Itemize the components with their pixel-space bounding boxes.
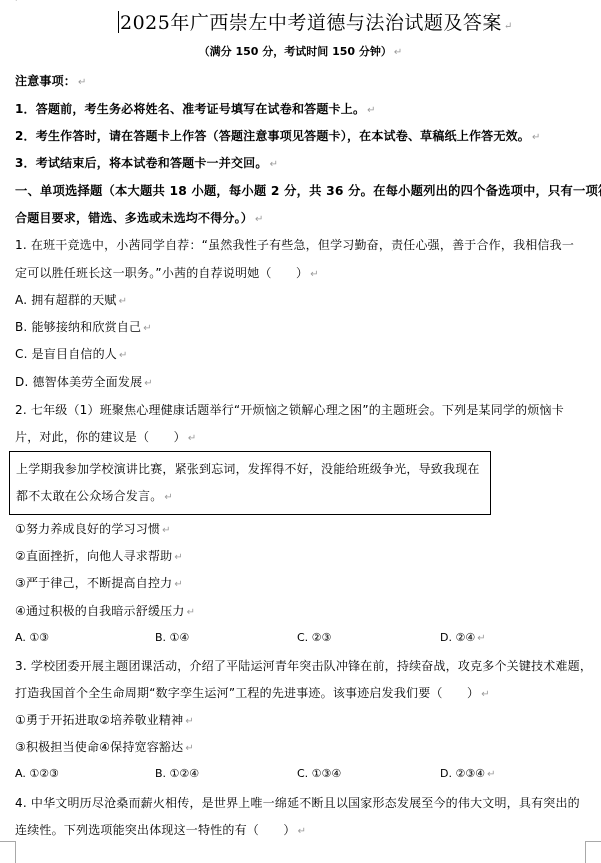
- question-3-option-d: D. ②③④↵: [440, 766, 495, 783]
- paragraph-mark-icon: ↵: [504, 21, 513, 32]
- question-stem-text: 片，对此，你的建议是（ ）: [15, 430, 186, 444]
- question-3-stem-line-2: 打造我国首个全生命周期“数字孪生运河”工程的先进事迹。该事迹启发我们要（ ）↵: [15, 685, 490, 703]
- document-subtitle: （满分 150 分，考试时间 150 分钟）↵: [0, 44, 601, 61]
- question-2-option-a: A. ①③: [15, 630, 49, 646]
- note-item-2: 2．考生作答时，请在答题卡上作答（答题注意事项见答题卡），在本试卷、草稿纸上作答…: [15, 128, 541, 146]
- question-2-option-c: C. ②③: [297, 630, 331, 646]
- paragraph-mark-icon: ↵: [188, 433, 197, 444]
- paragraph-mark-icon: ↵: [310, 269, 319, 280]
- statement-text: ①勇于开拓进取②培养敬业精神: [15, 713, 183, 727]
- question-4-stem-line-2: 连续性。下列选项能突出体现这一特性的有（ ）↵: [15, 822, 306, 840]
- note-text: 3．考试结束后，将本试卷和答题卡一并交回。: [15, 156, 268, 170]
- question-4-stem-line-1: 4. 中华文明历尽沧桑而薪火相传，是世界上唯一绵延不断且以国家形态发展至今的伟大…: [15, 795, 580, 811]
- section-heading-line-2: 合题目要求，错选、多选或未选均不得分。）↵: [15, 210, 264, 228]
- option-text: D. 德智体美劳全面发展: [15, 375, 142, 389]
- question-2-option-b: B. ①④: [155, 630, 189, 646]
- paragraph-mark-icon: ↵: [255, 214, 264, 225]
- document-page: ↵ 2025年广西崇左中考道德与法治试题及答案↵ （满分 150 分，考试时间 …: [0, 0, 601, 863]
- question-1-option-d: D. 德智体美劳全面发展↵: [15, 374, 153, 392]
- worry-card-line-1: 上学期我参加学校演讲比赛，紧张到忘词，发挥得不好，没能给班级争光，导致我现在: [16, 461, 480, 477]
- document-title[interactable]: 2025年广西崇左中考道德与法治试题及答案↵: [118, 10, 513, 40]
- note-item-1: 1．答题前，考生务必将姓名、准考证号填写在试卷和答题卡上。↵: [15, 101, 376, 119]
- question-3-options-row: A. ①②③ B. ①②④ C. ①③④ D. ②③④↵: [0, 766, 601, 782]
- worry-card-box: 上学期我参加学校演讲比赛，紧张到忘词，发挥得不好，没能给班级争光，导致我现在 都…: [9, 451, 491, 515]
- statement-text: ②直面挫折，向他人寻求帮助: [15, 549, 172, 563]
- option-text: C. 是盲目自信的人: [15, 347, 117, 361]
- notes-heading: 注意事项：↵: [15, 73, 87, 91]
- question-1-stem-line-2: 定可以胜任班长这一职务。”小茜的自荐说明她（ ）↵: [15, 265, 319, 283]
- notes-heading-text: 注意事项：: [15, 74, 76, 88]
- paragraph-mark-icon: ↵: [270, 159, 279, 170]
- statement-text: ③严于律己，不断提高自控力: [15, 576, 172, 590]
- question-1-option-a: A. 拥有超群的天赋↵: [15, 292, 127, 310]
- question-3-statements-line-1: ①勇于开拓进取②培养敬业精神↵: [15, 712, 194, 730]
- page-corner-mark-right: [585, 841, 601, 863]
- statement-text: ①努力养成良好的学习习惯: [15, 522, 160, 536]
- paragraph-mark-icon: ↵: [367, 105, 376, 116]
- paragraph-mark-icon: ↵: [78, 77, 87, 88]
- paragraph-mark-icon: ↵: [174, 579, 183, 590]
- question-stem-text: 打造我国首个全生命周期“数字孪生运河”工程的先进事迹。该事迹启发我们要（ ）: [15, 686, 479, 700]
- paragraph-mark-icon: ↵: [532, 132, 541, 143]
- statement-text: ③积极担当使命④保持宽容豁达: [15, 740, 183, 754]
- paragraph-mark-icon: ↵: [174, 552, 183, 563]
- note-text: 2．考生作答时，请在答题卡上作答（答题注意事项见答题卡），在本试卷、草稿纸上作答…: [15, 129, 530, 143]
- paragraph-mark-icon: ↵: [487, 769, 495, 780]
- worry-card-text: 都不太敢在公众场合发言。: [16, 489, 162, 503]
- text-cursor: [118, 11, 119, 33]
- option-text: D. ②③④: [440, 767, 485, 780]
- question-3-option-b: B. ①②④: [155, 766, 199, 782]
- paragraph-mark-icon: ↵: [185, 716, 194, 727]
- paragraph-mark-icon: ↵: [477, 633, 485, 644]
- question-2-stem-line-1: 2. 七年级（1）班聚焦心理健康话题举行“开烦恼之锁解心理之困”的主题班会。下列…: [15, 402, 564, 418]
- paragraph-mark-icon: ↵: [481, 689, 490, 700]
- paragraph-mark-icon: ↵: [187, 607, 196, 618]
- question-stem-text: 连续性。下列选项能突出体现这一特性的有（ ）: [15, 823, 296, 837]
- section-heading-line-1: 一、单项选择题（本大题共 18 小题，每小题 2 分，共 36 分。在每小题列出…: [15, 183, 601, 199]
- question-2-stem-line-2: 片，对此，你的建议是（ ）↵: [15, 429, 196, 447]
- paragraph-mark-icon: ↵: [119, 350, 128, 361]
- paragraph-mark-icon: ↵: [298, 826, 307, 837]
- paragraph-mark-icon: ↵: [164, 492, 173, 503]
- question-1-option-c: C. 是盲目自信的人↵: [15, 346, 128, 364]
- option-text: A. 拥有超群的天赋: [15, 293, 117, 307]
- question-stem-text: 定可以胜任班长这一职务。”小茜的自荐说明她（ ）: [15, 266, 308, 280]
- question-3-option-c: C. ①③④: [297, 766, 341, 782]
- question-2-statement-1: ①努力养成良好的学习习惯↵: [15, 521, 171, 539]
- paragraph-mark-icon: ↵: [14, 0, 22, 5]
- question-2-options-row: A. ①③ B. ①④ C. ②③ D. ②④↵: [0, 630, 601, 646]
- paragraph-mark-icon: ↵: [144, 378, 153, 389]
- question-2-option-d: D. ②④↵: [440, 630, 486, 647]
- option-text: D. ②④: [440, 631, 475, 644]
- paragraph-mark-icon: ↵: [143, 323, 152, 334]
- question-1-option-b: B. 能够接纳和欣赏自己↵: [15, 319, 152, 337]
- question-2-statement-2: ②直面挫折，向他人寻求帮助↵: [15, 548, 183, 566]
- paragraph-mark-icon: ↵: [119, 296, 128, 307]
- question-2-statement-3: ③严于律己，不断提高自控力↵: [15, 575, 183, 593]
- statement-text: ④通过积极的自我暗示舒缓压力: [15, 604, 185, 618]
- question-3-stem-line-1: 3. 学校团委开展主题团课活动，介绍了平陆运河青年突击队冲锋在前，持续奋战，攻克…: [15, 658, 592, 674]
- section-heading-text: 合题目要求，错选、多选或未选均不得分。）: [15, 211, 253, 225]
- paragraph-mark-icon: ↵: [162, 525, 171, 536]
- option-text: B. 能够接纳和欣赏自己: [15, 320, 141, 334]
- worry-card-line-2: 都不太敢在公众场合发言。↵: [16, 488, 173, 506]
- subtitle-text: （满分 150 分，考试时间 150 分钟）: [199, 45, 392, 58]
- paragraph-mark-icon: ↵: [185, 743, 194, 754]
- page-corner-mark-left: [0, 841, 16, 863]
- note-item-3: 3．考试结束后，将本试卷和答题卡一并交回。↵: [15, 155, 278, 173]
- question-2-statement-4: ④通过积极的自我暗示舒缓压力↵: [15, 603, 195, 621]
- note-text: 1．答题前，考生务必将姓名、准考证号填写在试卷和答题卡上。: [15, 102, 365, 116]
- question-1-stem-line-1: 1. 在班干竞选中，小茜同学自荐：“虽然我性子有些急，但学习勤奋，责任心强，善于…: [15, 237, 574, 253]
- paragraph-mark-icon: ↵: [394, 47, 402, 58]
- question-3-option-a: A. ①②③: [15, 766, 59, 782]
- document-title-text: 2025年广西崇左中考道德与法治试题及答案: [120, 12, 502, 34]
- question-3-statements-line-2: ③积极担当使命④保持宽容豁达↵: [15, 739, 194, 757]
